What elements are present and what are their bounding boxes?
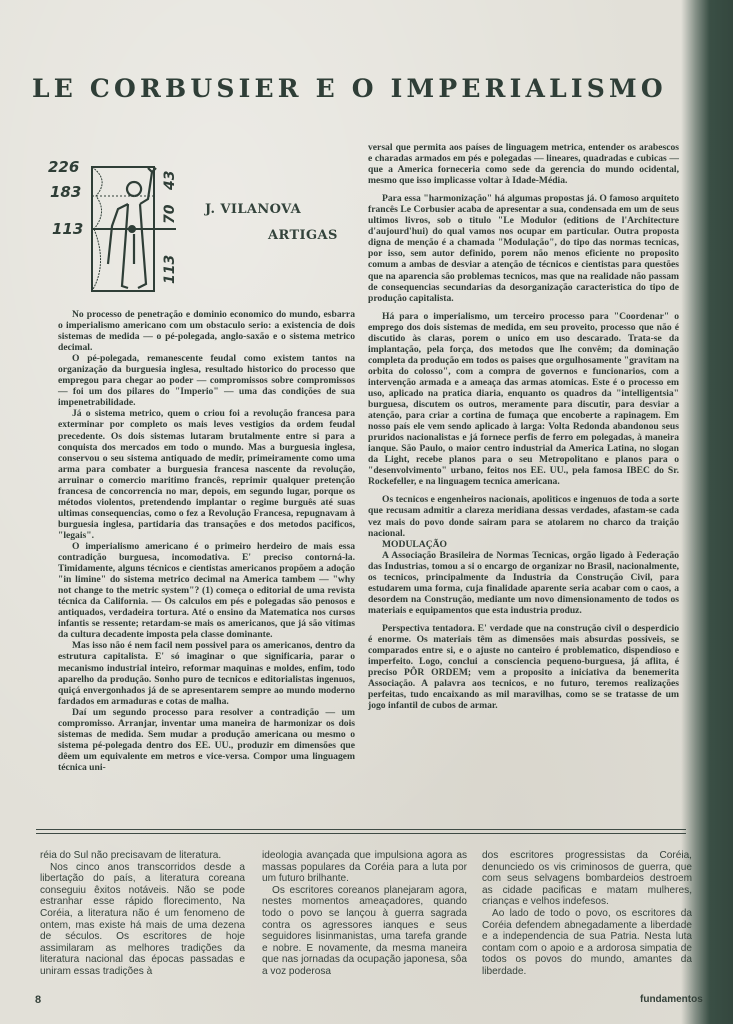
paragraph: Os tecnicos e engenheiros nacionais, apo… [368,494,679,538]
section-divider-bottom [36,833,686,834]
paragraph: Mas isso não é nem facil nem possivel pa… [58,640,355,706]
paragraph: A Associação Brasileira de Normas Tecnic… [368,550,679,616]
right-column: versal que permita aos países de linguag… [368,142,679,711]
author-first-name: J. VILANOVA [205,202,301,217]
paragraph: O imperialismo americano é o primeiro he… [58,541,355,640]
paragraph: Nos cinco anos transcorridos desde a lib… [40,862,245,978]
article-title: LE CORBUSIER E O IMPERIALISMO [32,74,682,103]
paragraph: O pé-polegada, remanescente feudal como … [58,353,355,408]
paragraph: réia do Sul não precisavam de literatura… [40,850,245,862]
paragraph: Ao lado de todo o povo, os escritores da… [482,908,692,978]
modulor-label-113-right: 113 [162,255,178,284]
paragraph: versal que permita aos países de linguag… [368,142,679,186]
paragraph: Há para o imperialismo, um terceiro proc… [368,311,679,488]
modulor-label-113: 113 [52,220,83,238]
bottom-column-1: réia do Sul não precisavam de literatura… [40,850,245,978]
paragraph: Para essa "harmonização" há algumas prop… [368,193,679,303]
paragraph: No processo de penetração e dominio econ… [58,309,355,353]
modulor-figure: 226 183 113 43 70 113 [48,154,188,294]
paragraph: Daí um segundo processo para resolver a … [58,707,355,773]
paragraph: dos escritores progressistas da Coréia, … [482,850,692,908]
left-column: No processo de penetração e dominio econ… [58,309,355,773]
paragraph: Perspectiva tentadora. E' verdade que na… [368,623,679,711]
modulor-labels-right: 43 70 113 [162,171,178,284]
modulor-label-183: 183 [50,183,81,201]
section-divider-top [36,829,686,830]
bottom-column-3: dos escritores progressistas da Coréia, … [482,850,692,978]
bottom-column-2: ideologia avançada que impulsiona agora … [262,850,467,978]
modulor-labels-left: 226 183 113 [48,158,83,238]
page-number: 8 [35,994,41,1006]
section-subheading: MODULAÇÃO [368,539,679,550]
paragraph: Os escritores coreanos planejaram agora,… [262,885,467,978]
modulor-label-43: 43 [162,171,178,191]
paragraph: ideologia avançada que impulsiona agora … [262,850,467,885]
magazine-name: fundamentos [640,994,703,1005]
modulor-label-70: 70 [162,204,178,224]
author-last-name: ARTIGAS [268,228,338,243]
paragraph: Já o sistema metrico, quem o criou foi a… [58,408,355,541]
modulor-label-226: 226 [48,158,79,176]
